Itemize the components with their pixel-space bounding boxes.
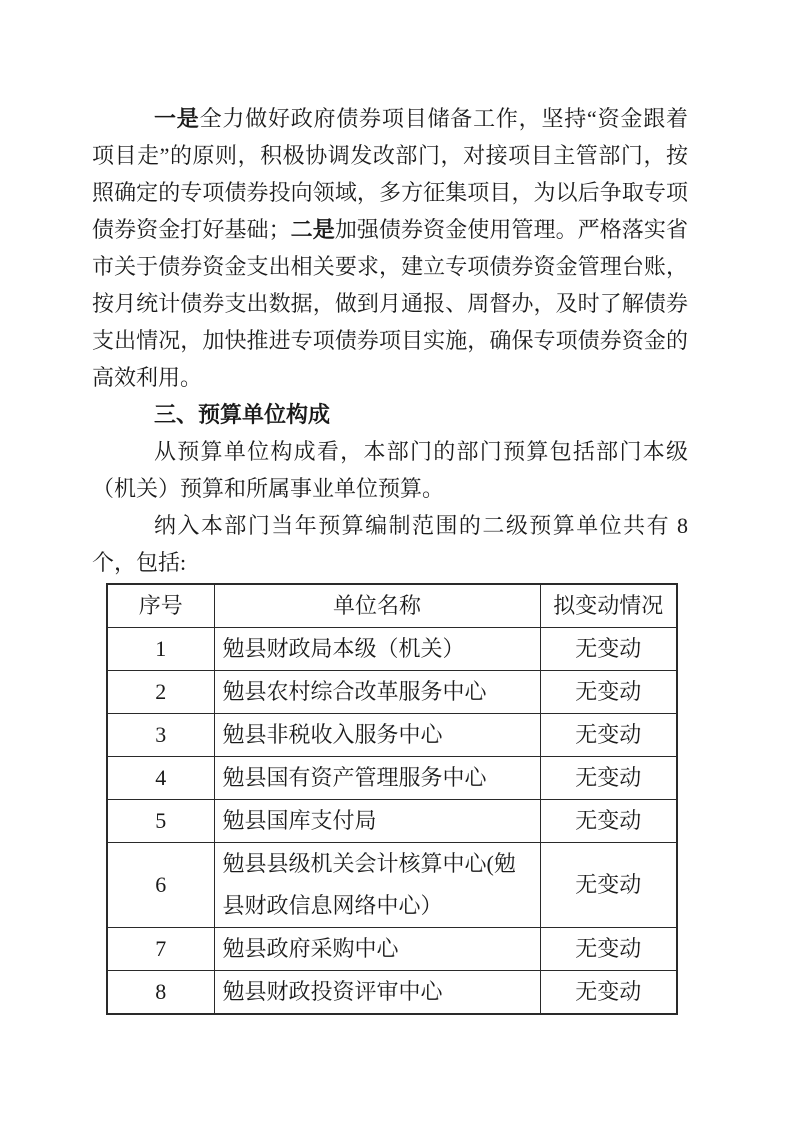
budget-units-table: 序号 单位名称 拟变动情况 1 勉县财政局本级（机关） 无变动 2 勉县农村综合… [106,583,678,1015]
cell-unit-name: 勉县县级机关会计核算中心(勉县财政信息网络中心） [214,843,540,928]
document-page: 一是全力做好政府债券项目储备工作，坚持“资金跟着项目走”的原则，积极协调发改部门… [0,0,793,1122]
cell-index: 4 [107,757,214,800]
table-row: 3 勉县非税收入服务中心 无变动 [107,714,677,757]
cell-change-status: 无变动 [540,971,677,1015]
cell-unit-name: 勉县非税收入服务中心 [214,714,540,757]
paragraph-debt-measures: 一是全力做好政府债券项目储备工作，坚持“资金跟着项目走”的原则，积极协调发改部门… [92,100,688,396]
document-body: 一是全力做好政府债券项目储备工作，坚持“资金跟着项目走”的原则，积极协调发改部门… [92,100,688,581]
cell-index: 8 [107,971,214,1015]
cell-change-status: 无变动 [540,757,677,800]
cell-unit-name: 勉县财政投资评审中心 [214,971,540,1015]
col-header-change-status: 拟变动情况 [540,584,677,628]
table-row: 8 勉县财政投资评审中心 无变动 [107,971,677,1015]
cell-index: 1 [107,628,214,671]
cell-change-status: 无变动 [540,714,677,757]
cell-index: 6 [107,843,214,928]
paragraph-unit-count: 纳入本部门当年预算编制范围的二级预算单位共有 8 个，包括: [92,507,688,581]
cell-unit-name: 勉县农村综合改革服务中心 [214,671,540,714]
cell-unit-name: 勉县国库支付局 [214,800,540,843]
cell-change-status: 无变动 [540,628,677,671]
paragraph-text-2: 加强债券资金使用管理。严格落实省市关于债券资金支出相关要求，建立专项债券资金管理… [92,217,688,390]
emphasis-ershi: 二是 [291,217,335,242]
table-row: 6 勉县县级机关会计核算中心(勉县财政信息网络中心） 无变动 [107,843,677,928]
table-header-row: 序号 单位名称 拟变动情况 [107,584,677,628]
table-row: 1 勉县财政局本级（机关） 无变动 [107,628,677,671]
cell-unit-name: 勉县财政局本级（机关） [214,628,540,671]
table-row: 5 勉县国库支付局 无变动 [107,800,677,843]
cell-index: 2 [107,671,214,714]
col-header-index: 序号 [107,584,214,628]
table-row: 4 勉县国有资产管理服务中心 无变动 [107,757,677,800]
cell-unit-name: 勉县政府采购中心 [214,928,540,971]
cell-index: 7 [107,928,214,971]
table-row: 7 勉县政府采购中心 无变动 [107,928,677,971]
cell-change-status: 无变动 [540,671,677,714]
cell-change-status: 无变动 [540,800,677,843]
cell-unit-name: 勉县国有资产管理服务中心 [214,757,540,800]
cell-index: 3 [107,714,214,757]
table-row: 2 勉县农村综合改革服务中心 无变动 [107,671,677,714]
paragraph-budget-composition: 从预算单位构成看，本部门的部门预算包括部门本级（机关）预算和所属事业单位预算。 [92,433,688,507]
cell-change-status: 无变动 [540,843,677,928]
cell-change-status: 无变动 [540,928,677,971]
section-heading-budget-units: 三、预算单位构成 [92,396,688,433]
emphasis-yishi: 一是 [154,106,200,131]
cell-index: 5 [107,800,214,843]
col-header-unit-name: 单位名称 [214,584,540,628]
